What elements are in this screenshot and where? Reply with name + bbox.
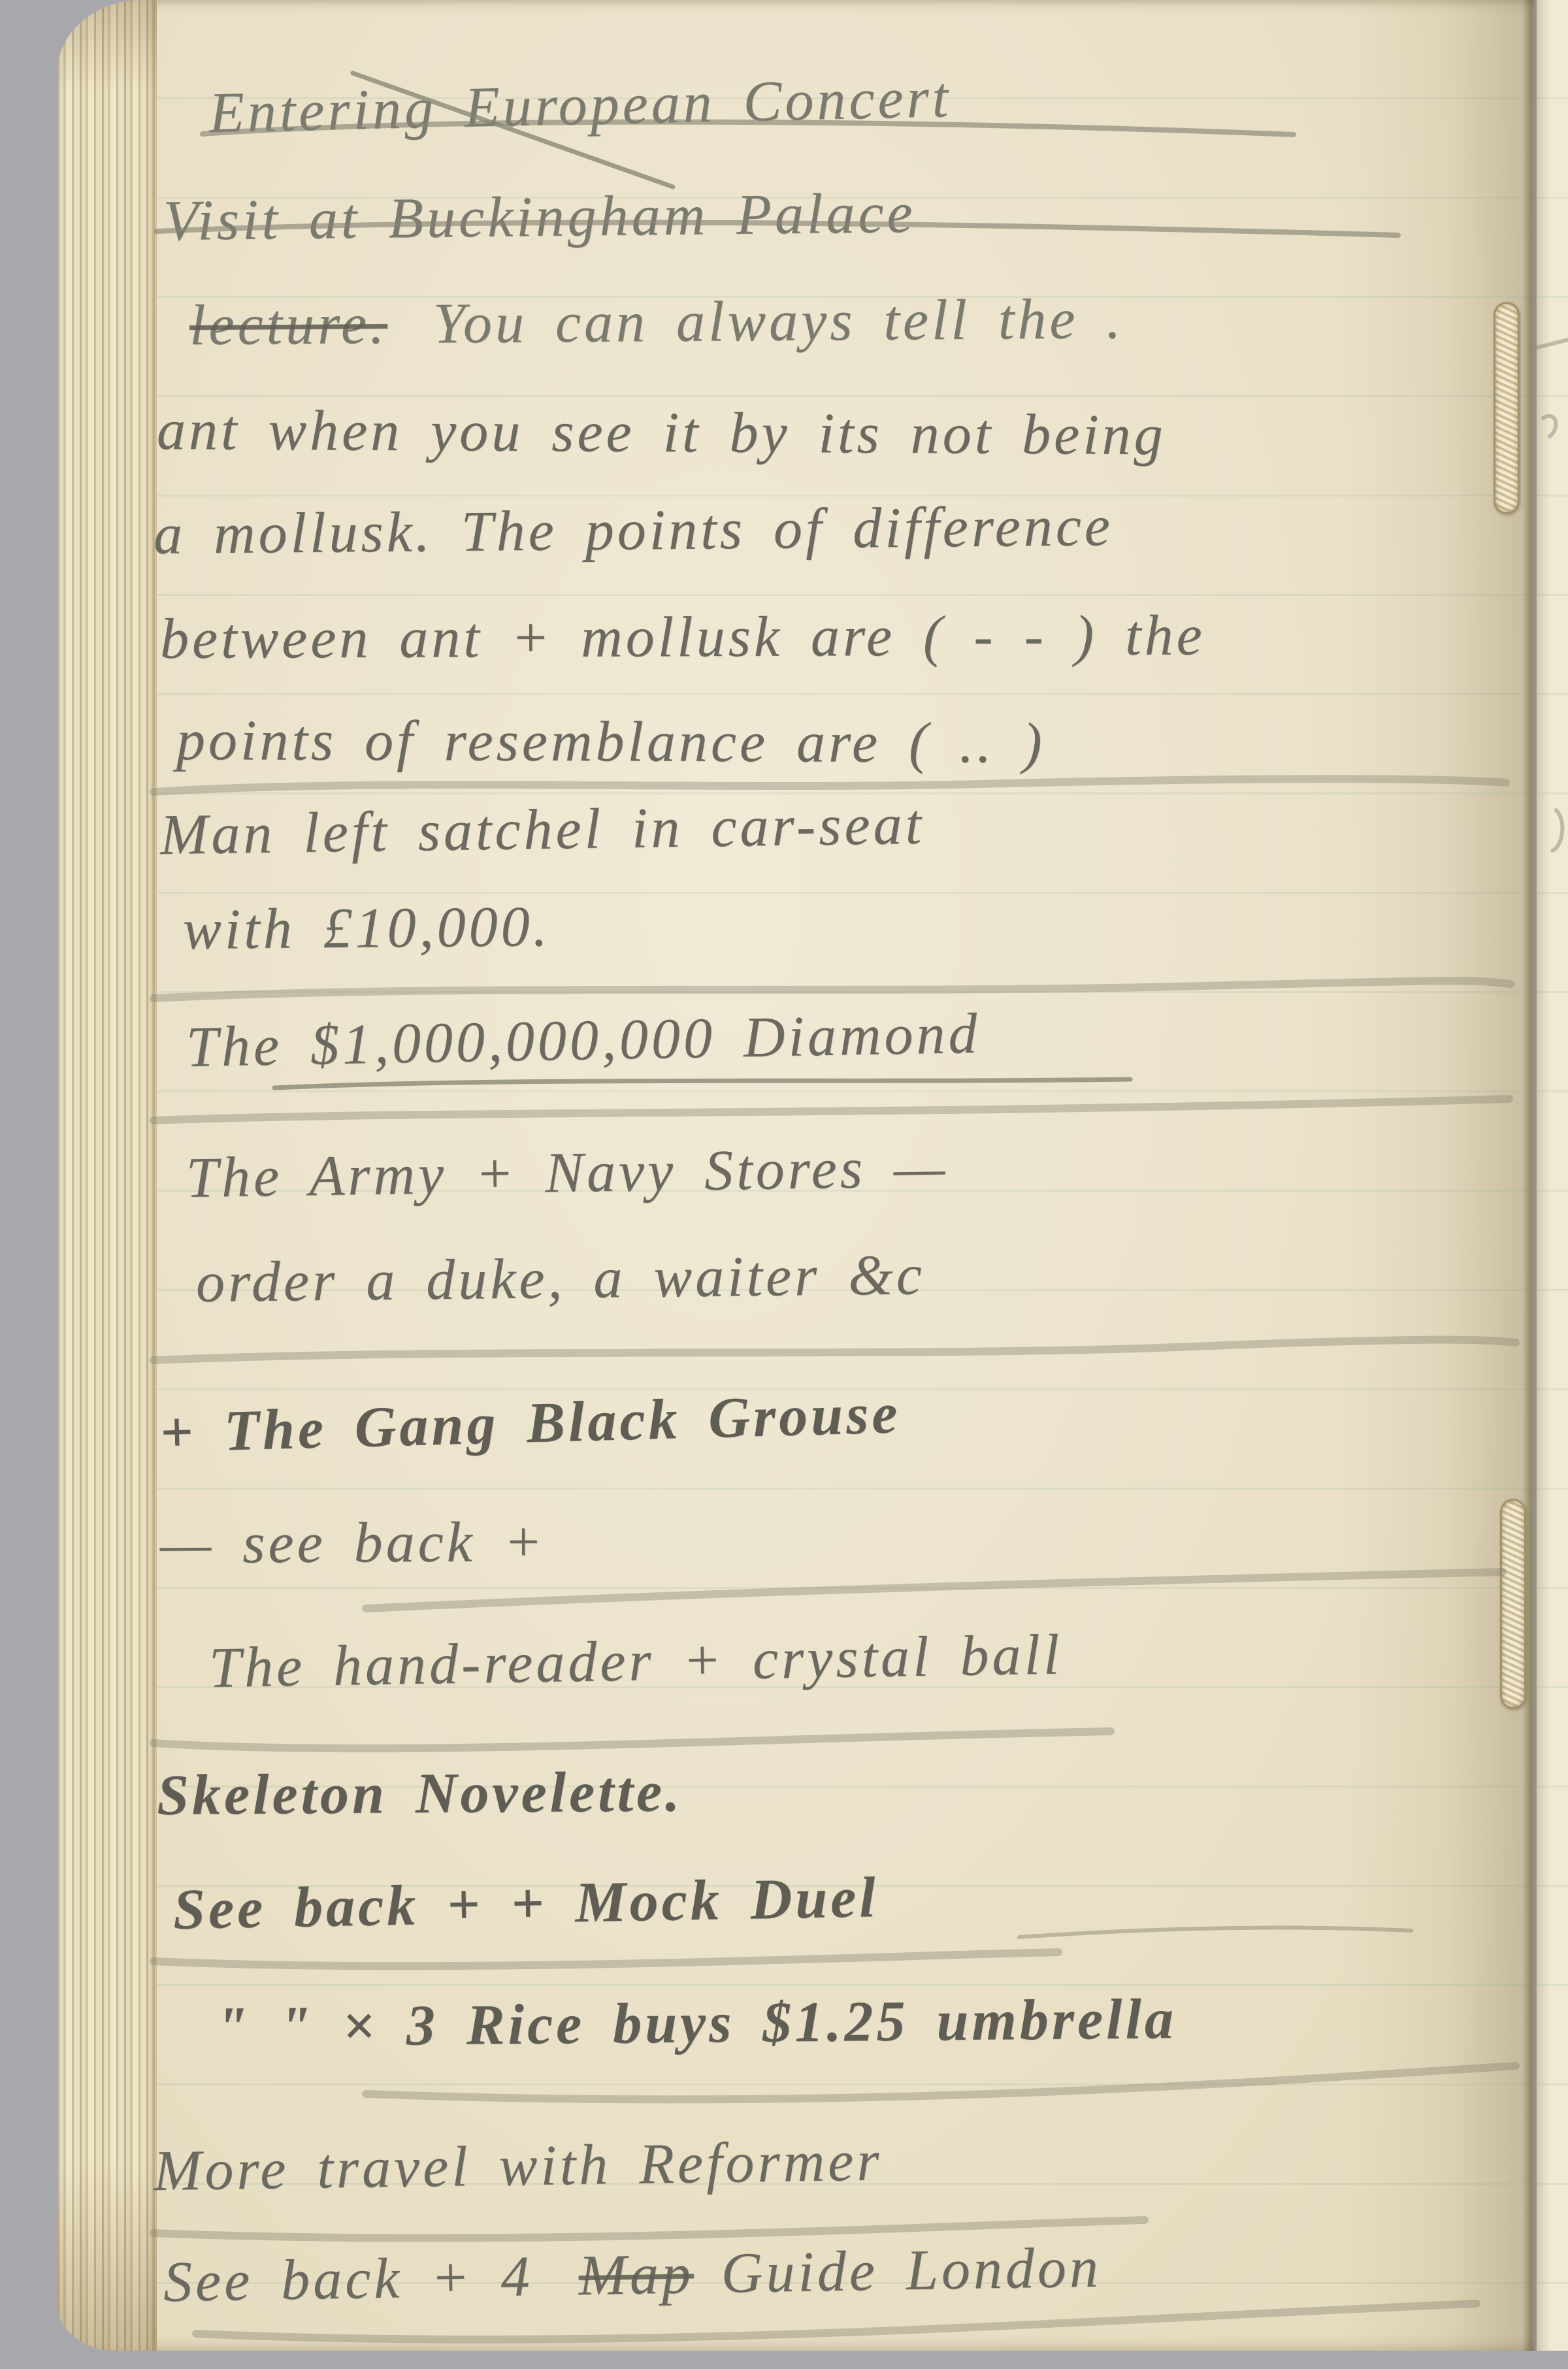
handwritten-line: Skeleton Novelette. xyxy=(157,1763,683,1825)
handwritten-line: ant when you see it by its not being xyxy=(157,402,1166,465)
line-post: Guide London xyxy=(721,2236,1102,2305)
handwritten-line: a mollusk. The points of difference xyxy=(154,498,1114,564)
handwritten-line: The $1,000,000,000 Diamond xyxy=(186,1005,981,1077)
line-pre: See back + 4 xyxy=(163,2245,533,2314)
line-post: You can always tell the . xyxy=(433,287,1124,355)
binding-stitch xyxy=(1494,302,1520,514)
notebook-photo: Entering European Concert Visit at Bucki… xyxy=(0,0,1568,2369)
handwritten-line: — see back + xyxy=(160,1514,546,1573)
gutter-fold xyxy=(1522,0,1537,2359)
handwritten-line: The Army + Navy Stores — xyxy=(186,1139,948,1207)
struck-word: lecture. xyxy=(189,293,388,357)
handwritten-line: See back + + Mock Duel xyxy=(172,1869,879,1939)
handwritten-line: with £10,000. xyxy=(183,898,551,959)
handwritten-line: Entering European Concert xyxy=(208,69,952,142)
handwritten-line: lecture.You can always tell the . xyxy=(189,291,1124,355)
handwritten-line: order a duke, a waiter &c xyxy=(196,1247,926,1312)
struck-word: Map xyxy=(578,2242,694,2308)
handwritten-line: See back + 4MapGuide London xyxy=(163,2239,1102,2312)
handwritten-line: More travel with Reformer xyxy=(153,2132,883,2200)
binding-stitch xyxy=(1500,1499,1526,1709)
page-edge-stack xyxy=(57,0,157,2351)
handwritten-line: points of resemblance are ( .. ) xyxy=(176,712,1045,773)
handwritten-line: " " × 3 Rice buys $1.25 umbrella xyxy=(216,1991,1177,2057)
facing-page-sliver xyxy=(1537,0,1568,2360)
handwritten-line: between ant + mollusk are ( - - ) the xyxy=(160,607,1205,668)
backdrop xyxy=(0,2351,1568,2369)
handwritten-line: Man left satchel in car-seat xyxy=(159,796,924,864)
handwritten-line: The hand-reader + crystal ball xyxy=(208,1626,1063,1697)
handwritten-line: Visit at Buckingham Palace xyxy=(163,185,916,250)
